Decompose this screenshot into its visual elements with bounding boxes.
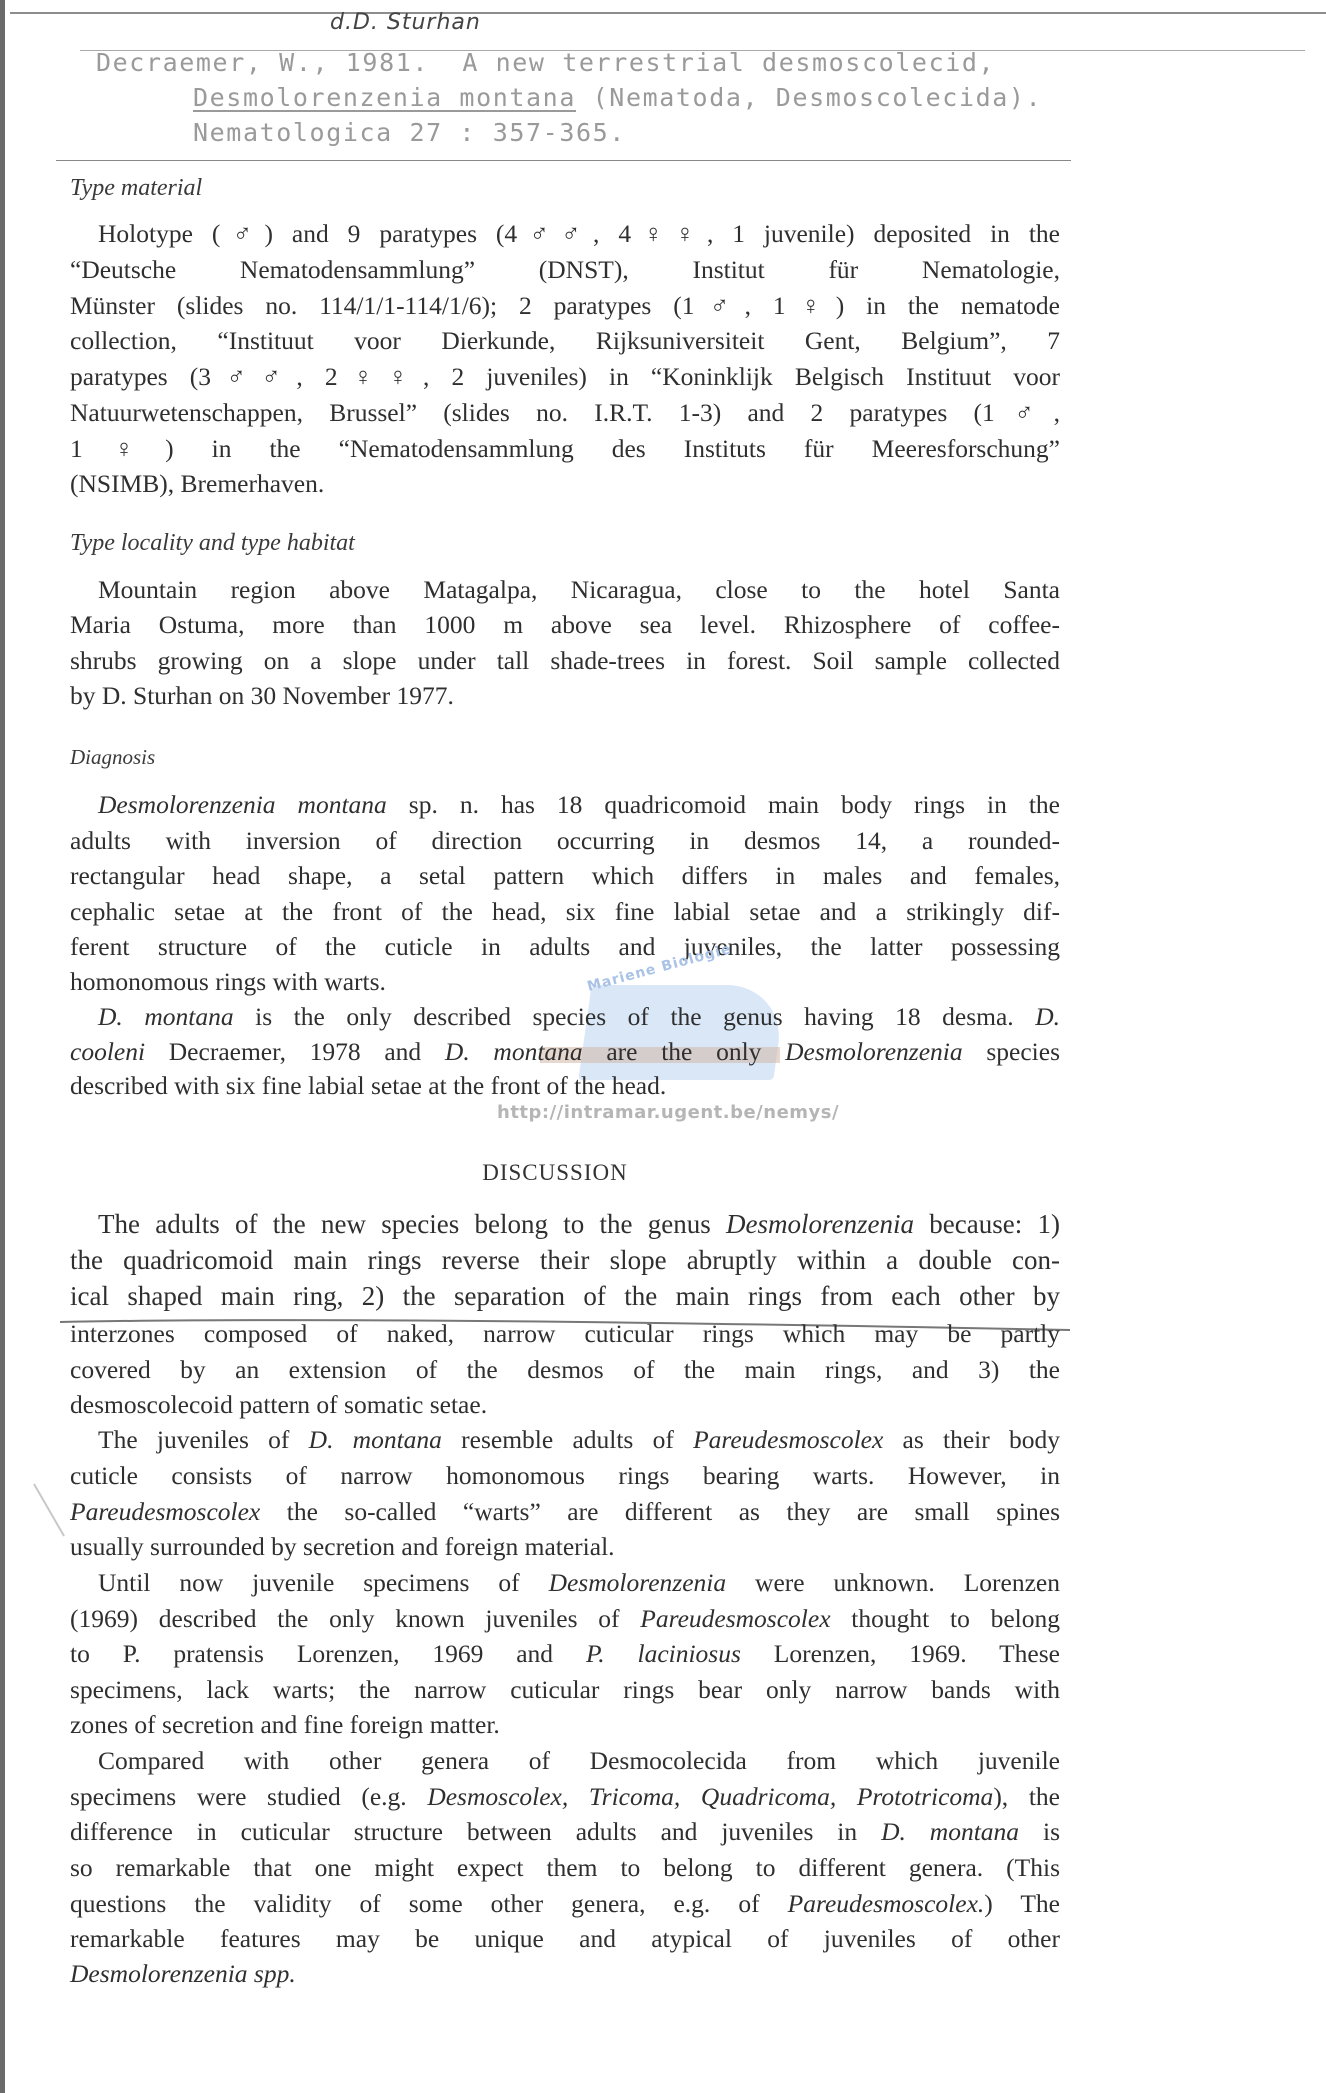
text-line: ferent structure of the cuticle in adult…	[70, 929, 1060, 964]
citation-line-1: Decraemer, W., 1981. A new terrestrial d…	[96, 48, 995, 77]
text-line: desmoscolecoid pattern of somatic setae.	[70, 1387, 1060, 1422]
text-line: 1♀) in the “Nematodensammlung des Instit…	[70, 431, 1060, 466]
text-line: specimens were studied (e.g. Desmoscolex…	[70, 1779, 1060, 1814]
text-line: by D. Sturhan on 30 November 1977.	[70, 678, 1060, 713]
text-line: Until now juvenile specimens of Desmolor…	[98, 1565, 1060, 1600]
citation-rule-bottom	[56, 160, 1071, 161]
text-line: covered by an extension of the desmos of…	[70, 1352, 1060, 1387]
text-line: questions the validity of some other gen…	[70, 1886, 1060, 1921]
text-line: rectangular head shape, a setal pattern …	[70, 858, 1060, 893]
text-line: Münster (slides no. 114/1/1-114/1/6); 2 …	[70, 288, 1060, 323]
citation-line-3: Nematologica 27 : 357-365.	[193, 118, 626, 147]
text-line: cooleni Decraemer, 1978 and D. montana a…	[70, 1034, 1060, 1069]
heading-discussion: DISCUSSION	[0, 1160, 1110, 1186]
heading-type-material: Type material	[70, 175, 202, 202]
text-line: Compared with other genera of Desmocolec…	[98, 1743, 1060, 1778]
text-line: to P. pratensis Lorenzen, 1969 and P. la…	[70, 1636, 1060, 1671]
text-line: so remarkable that one might expect them…	[70, 1850, 1060, 1885]
text-line: cuticle consists of narrow homonomous ri…	[70, 1458, 1060, 1493]
text-line: specimens, lack warts; the narrow cuticu…	[70, 1672, 1060, 1707]
top-rule	[10, 12, 1326, 14]
text-line: The juveniles of D. montana resemble adu…	[98, 1422, 1060, 1457]
text-line: adults with inversion of direction occur…	[70, 823, 1060, 858]
text-line: The adults of the new species belong to …	[98, 1207, 1060, 1242]
text-line: “Deutsche Nematodensammlung” (DNST), Ins…	[70, 252, 1060, 287]
scan-scratch-mark	[33, 1484, 65, 1537]
text-line: Mountain region above Matagalpa, Nicarag…	[98, 572, 1060, 607]
text-line: ical shaped main ring, 2) the separation…	[70, 1279, 1060, 1314]
text-line: paratypes (3♂♂, 2♀♀, 2 juveniles) in “Ko…	[70, 359, 1060, 394]
text-line: homonomous rings with warts.	[70, 964, 1060, 999]
text-line: Natuurwetenschappen, Brussel” (slides no…	[70, 395, 1060, 430]
text-line: Pareudesmoscolex the so-called “warts” a…	[70, 1494, 1060, 1529]
citation-species-name: Desmolorenzenia montana	[193, 83, 576, 112]
text-line: described with six fine labial setae at …	[70, 1068, 1060, 1103]
heading-type-locality: Type locality and type habitat	[70, 530, 355, 557]
text-line: interzones composed of naked, narrow cut…	[70, 1316, 1060, 1351]
text-line: remarkable features may be unique and at…	[70, 1921, 1060, 1956]
watermark-url: http://intramar.ugent.be/nemys/	[497, 1102, 839, 1123]
scan-left-edge	[0, 0, 5, 2093]
text-line: cephalic setae at the front of the head,…	[70, 894, 1060, 929]
text-line: shrubs growing on a slope under tall sha…	[70, 643, 1060, 678]
text-line: Desmolorenzenia montana sp. n. has 18 qu…	[98, 787, 1060, 822]
text-line: Desmolorenzenia spp.	[70, 1956, 1060, 1991]
text-line: Maria Ostuma, more than 1000 m above sea…	[70, 607, 1060, 642]
text-line: collection, “Instituut voor Dierkunde, R…	[70, 323, 1060, 358]
citation-line-2: Desmolorenzenia montana (Nematoda, Desmo…	[193, 83, 1042, 112]
text-line: Holotype (♂) and 9 paratypes (4♂♂, 4♀♀, …	[98, 216, 1060, 251]
text-line: (1969) described the only known juvenile…	[70, 1601, 1060, 1636]
text-line: difference in cuticular structure betwee…	[70, 1814, 1060, 1849]
text-line: (NSIMB), Bremerhaven.	[70, 466, 1060, 501]
text-line: the quadricomoid main rings reverse thei…	[70, 1243, 1060, 1278]
text-line: D. montana is the only described species…	[98, 999, 1060, 1034]
text-line: zones of secretion and fine foreign matt…	[70, 1707, 1060, 1742]
handwritten-annotation: d.D. Sturhan	[330, 10, 481, 35]
text-line: usually surrounded by secretion and fore…	[70, 1529, 1060, 1564]
heading-diagnosis: Diagnosis	[70, 745, 155, 770]
